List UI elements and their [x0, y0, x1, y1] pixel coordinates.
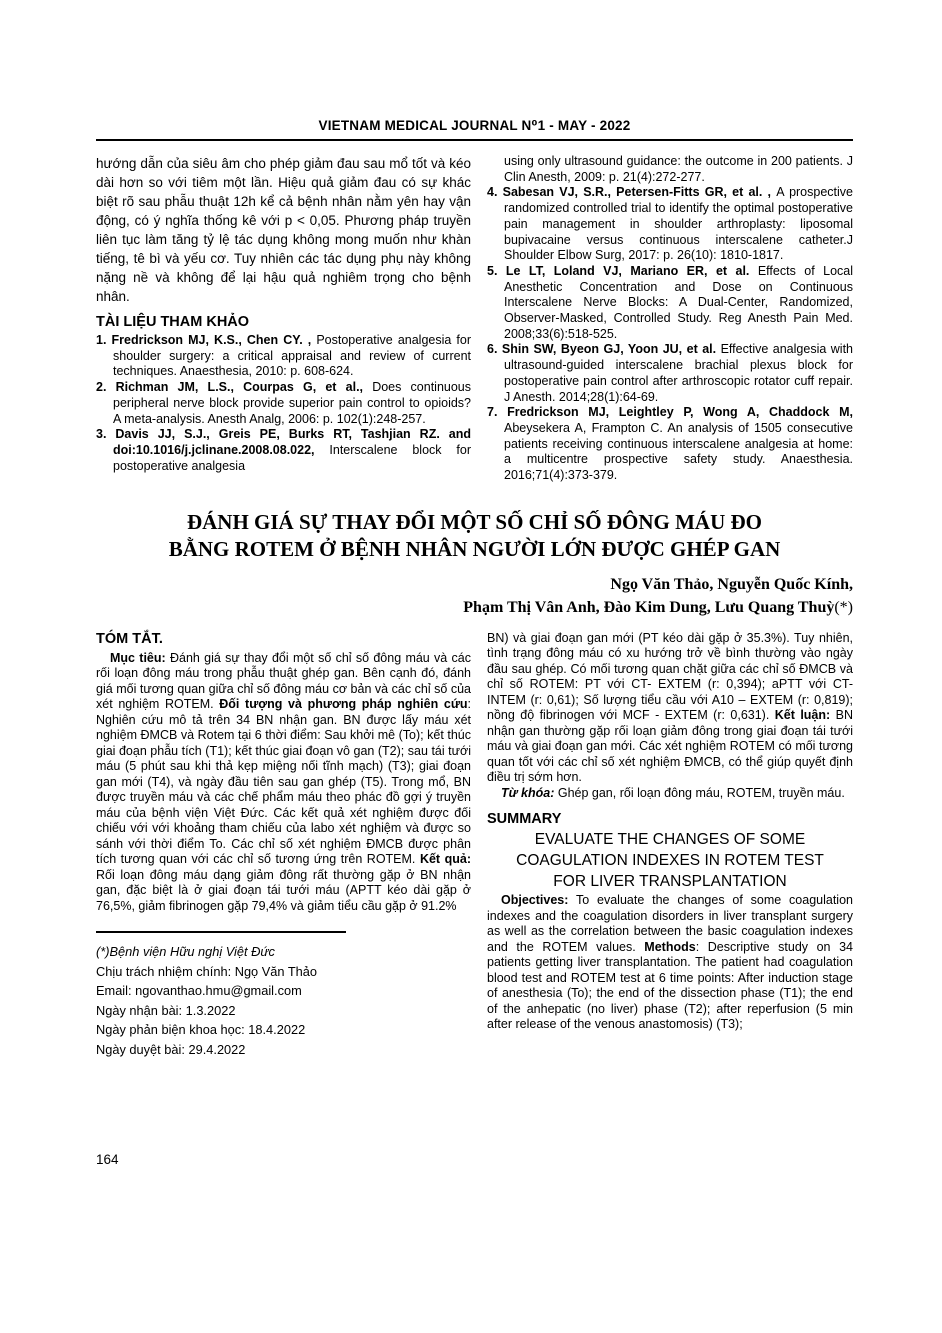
article-title-line1: ĐÁNH GIÁ SỰ THAY ĐỔI MỘT SỐ CHỈ SỐ ĐÔNG … [187, 510, 762, 534]
reference-item-6: 6. Shin SW, Byeon GJ, Yoon JU, et al. Ef… [487, 342, 853, 405]
abstract-vietnamese-left: Mục tiêu: Đánh giá sự thay đổi một số ch… [96, 651, 471, 915]
footnote-review-date: Ngày phản biện khoa học: 18.4.2022 [96, 1020, 471, 1040]
footnote-responsible: Chịu trách nhiệm chính: Ngọ Văn Thảo [96, 962, 471, 982]
article-title-line2: BẰNG ROTEM Ở BỆNH NHÂN NGƯỜI LỚN ĐƯỢC GH… [169, 537, 781, 561]
reference-item-5: 5. Le LT, Loland VJ, Mariano ER, et al. … [487, 264, 853, 343]
references-heading: TÀI LIỆU THAM KHẢO [96, 314, 471, 330]
footnote-affiliation: (*)Bệnh viện Hữu nghị Việt Đức [96, 942, 471, 962]
footnote-divider [96, 931, 346, 933]
reference-3-continuation: using only ultrasound guidance: the outc… [487, 154, 853, 185]
reference-item-1: 1. Fredrickson MJ, K.S., Chen CY. , Post… [96, 333, 471, 380]
footnote-received-date: Ngày nhận bài: 1.3.2022 [96, 1001, 471, 1021]
summary-heading: SUMMARY [487, 811, 853, 827]
reference-item-7: 7. Fredrickson MJ, Leightley P, Wong A, … [487, 405, 853, 484]
summary-title-line2: COAGULATION INDEXES IN ROTEM TEST [487, 850, 853, 871]
authors-line2: Phạm Thị Vân Anh, Đào Kim Dung, Lưu Quan… [96, 596, 853, 619]
left-column-bottom: TÓM TẮT. Mục tiêu: Đánh giá sự thay đổi … [96, 631, 471, 1060]
closing-paragraph: hướng dẫn của siêu âm cho phép giảm đau … [96, 154, 471, 306]
footnote-accepted-date: Ngày duyệt bài: 29.4.2022 [96, 1040, 471, 1060]
reference-item-2: 2. Richman JM, L.S., Courpas G, et al., … [96, 380, 471, 427]
summary-english-title: EVALUATE THE CHANGES OF SOME COAGULATION… [487, 829, 853, 892]
references-section: hướng dẫn của siêu âm cho phép giảm đau … [96, 154, 853, 484]
page-number: 164 [96, 1152, 119, 1167]
right-column-top: using only ultrasound guidance: the outc… [487, 154, 853, 484]
keywords-line: Từ khóa: Ghép gan, rối loạn đông máu, RO… [487, 786, 853, 802]
abstract-vietnamese-right: BN) và giai đoạn gan mới (PT kéo dài gặp… [487, 631, 853, 786]
left-column-top: hướng dẫn của siêu âm cho phép giảm đau … [96, 154, 471, 484]
footnote-email: Email: ngovanthao.hmu@gmail.com [96, 981, 471, 1001]
abstract-section: TÓM TẮT. Mục tiêu: Đánh giá sự thay đổi … [96, 631, 853, 1060]
reference-item-3: 3. Davis JJ, S.J., Greis PE, Burks RT, T… [96, 427, 471, 474]
journal-page: VIETNAM MEDICAL JOURNAL N⁰1 - MAY - 2022… [0, 0, 942, 1333]
article-title: ĐÁNH GIÁ SỰ THAY ĐỔI MỘT SỐ CHỈ SỐ ĐÔNG … [96, 509, 853, 563]
footnote: (*)Bệnh viện Hữu nghị Việt Đức Chịu trác… [96, 931, 471, 1059]
reference-item-4: 4. Sabesan VJ, S.R., Petersen-Fitts GR, … [487, 185, 853, 264]
authors-line1: Ngọ Văn Thảo, Nguyễn Quốc Kính, [96, 573, 853, 596]
page-content: VIETNAM MEDICAL JOURNAL N⁰1 - MAY - 2022… [96, 118, 853, 1059]
summary-title-line1: EVALUATE THE CHANGES OF SOME [487, 829, 853, 850]
summary-body: Objectives: To evaluate the changes of s… [487, 893, 853, 1033]
article-authors: Ngọ Văn Thảo, Nguyễn Quốc Kính, Phạm Thị… [96, 573, 853, 619]
summary-title-line3: FOR LIVER TRANSPLANTATION [487, 871, 853, 892]
right-column-bottom: BN) và giai đoạn gan mới (PT kéo dài gặp… [487, 631, 853, 1060]
journal-header: VIETNAM MEDICAL JOURNAL N⁰1 - MAY - 2022 [96, 118, 853, 141]
abstract-heading: TÓM TẮT. [96, 631, 471, 647]
